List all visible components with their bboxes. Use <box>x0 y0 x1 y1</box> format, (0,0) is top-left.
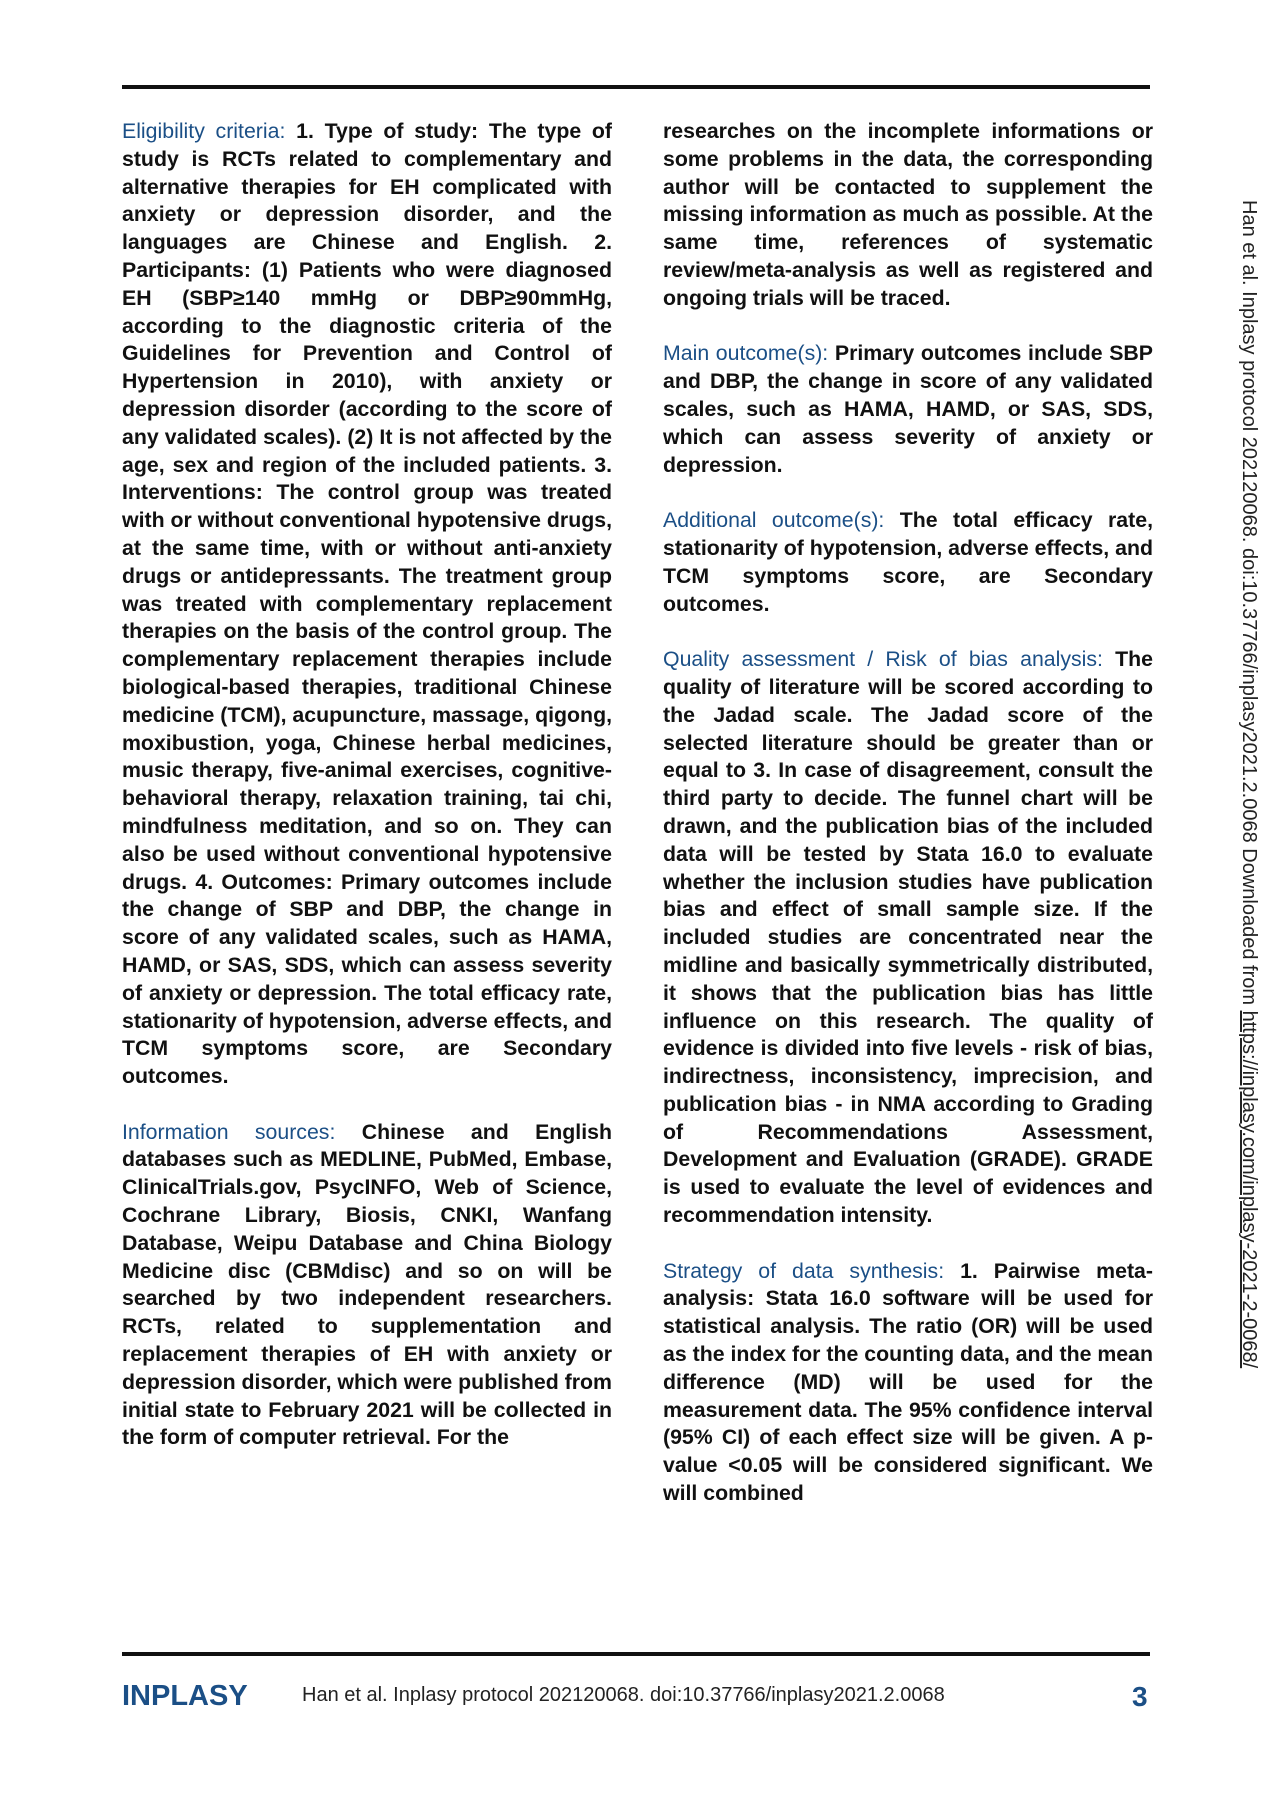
section-heading: Quality assessment / Risk of bias analys… <box>663 647 1103 671</box>
section-data-synthesis: Strategy of data synthesis: 1. Pairwise … <box>663 1258 1153 1508</box>
footer-rule <box>122 1652 1150 1656</box>
section-heading: Eligibility criteria: <box>122 119 285 143</box>
section-heading: Main outcome(s): <box>663 341 828 365</box>
left-column: Eligibility criteria: 1. Type of study: … <box>122 118 612 1480</box>
section-heading: Information sources: <box>122 1120 335 1144</box>
section-information-sources: Information sources: Chinese and English… <box>122 1119 612 1453</box>
right-column: researches on the incomplete information… <box>663 118 1153 1536</box>
footer-brand-logo: INPLASY <box>122 1680 248 1713</box>
section-body: researches on the incomplete information… <box>663 119 1153 310</box>
side-note-text: Han et al. Inplasy protocol 202120068. d… <box>1238 200 1260 1011</box>
header-rule <box>122 85 1150 89</box>
section-body: 1. Pairwise meta-analysis: Stata 16.0 so… <box>663 1259 1153 1505</box>
section-eligibility-criteria: Eligibility criteria: 1. Type of study: … <box>122 118 612 1091</box>
section-body: Chinese and English databases such as ME… <box>122 1120 612 1450</box>
section-main-outcomes: Main outcome(s): Primary outcomes includ… <box>663 340 1153 479</box>
section-heading: Additional outcome(s): <box>663 508 884 532</box>
page-number: 3 <box>1132 1681 1148 1713</box>
side-download-note: Han et al. Inplasy protocol 202120068. d… <box>1237 200 1260 1368</box>
section-body: The quality of literature will be scored… <box>663 647 1153 1227</box>
section-body: 1. Type of study: The type of study is R… <box>122 119 612 1088</box>
download-link[interactable]: https://inplasy.com/inplasy-2021-2-0068/ <box>1238 1011 1260 1369</box>
section-heading: Strategy of data synthesis: <box>663 1259 944 1283</box>
footer-citation: Han et al. Inplasy protocol 202120068. d… <box>302 1684 945 1707</box>
section-quality-assessment: Quality assessment / Risk of bias analys… <box>663 646 1153 1230</box>
section-continuation: researches on the incomplete information… <box>663 118 1153 313</box>
section-additional-outcomes: Additional outcome(s): The total efficac… <box>663 507 1153 618</box>
